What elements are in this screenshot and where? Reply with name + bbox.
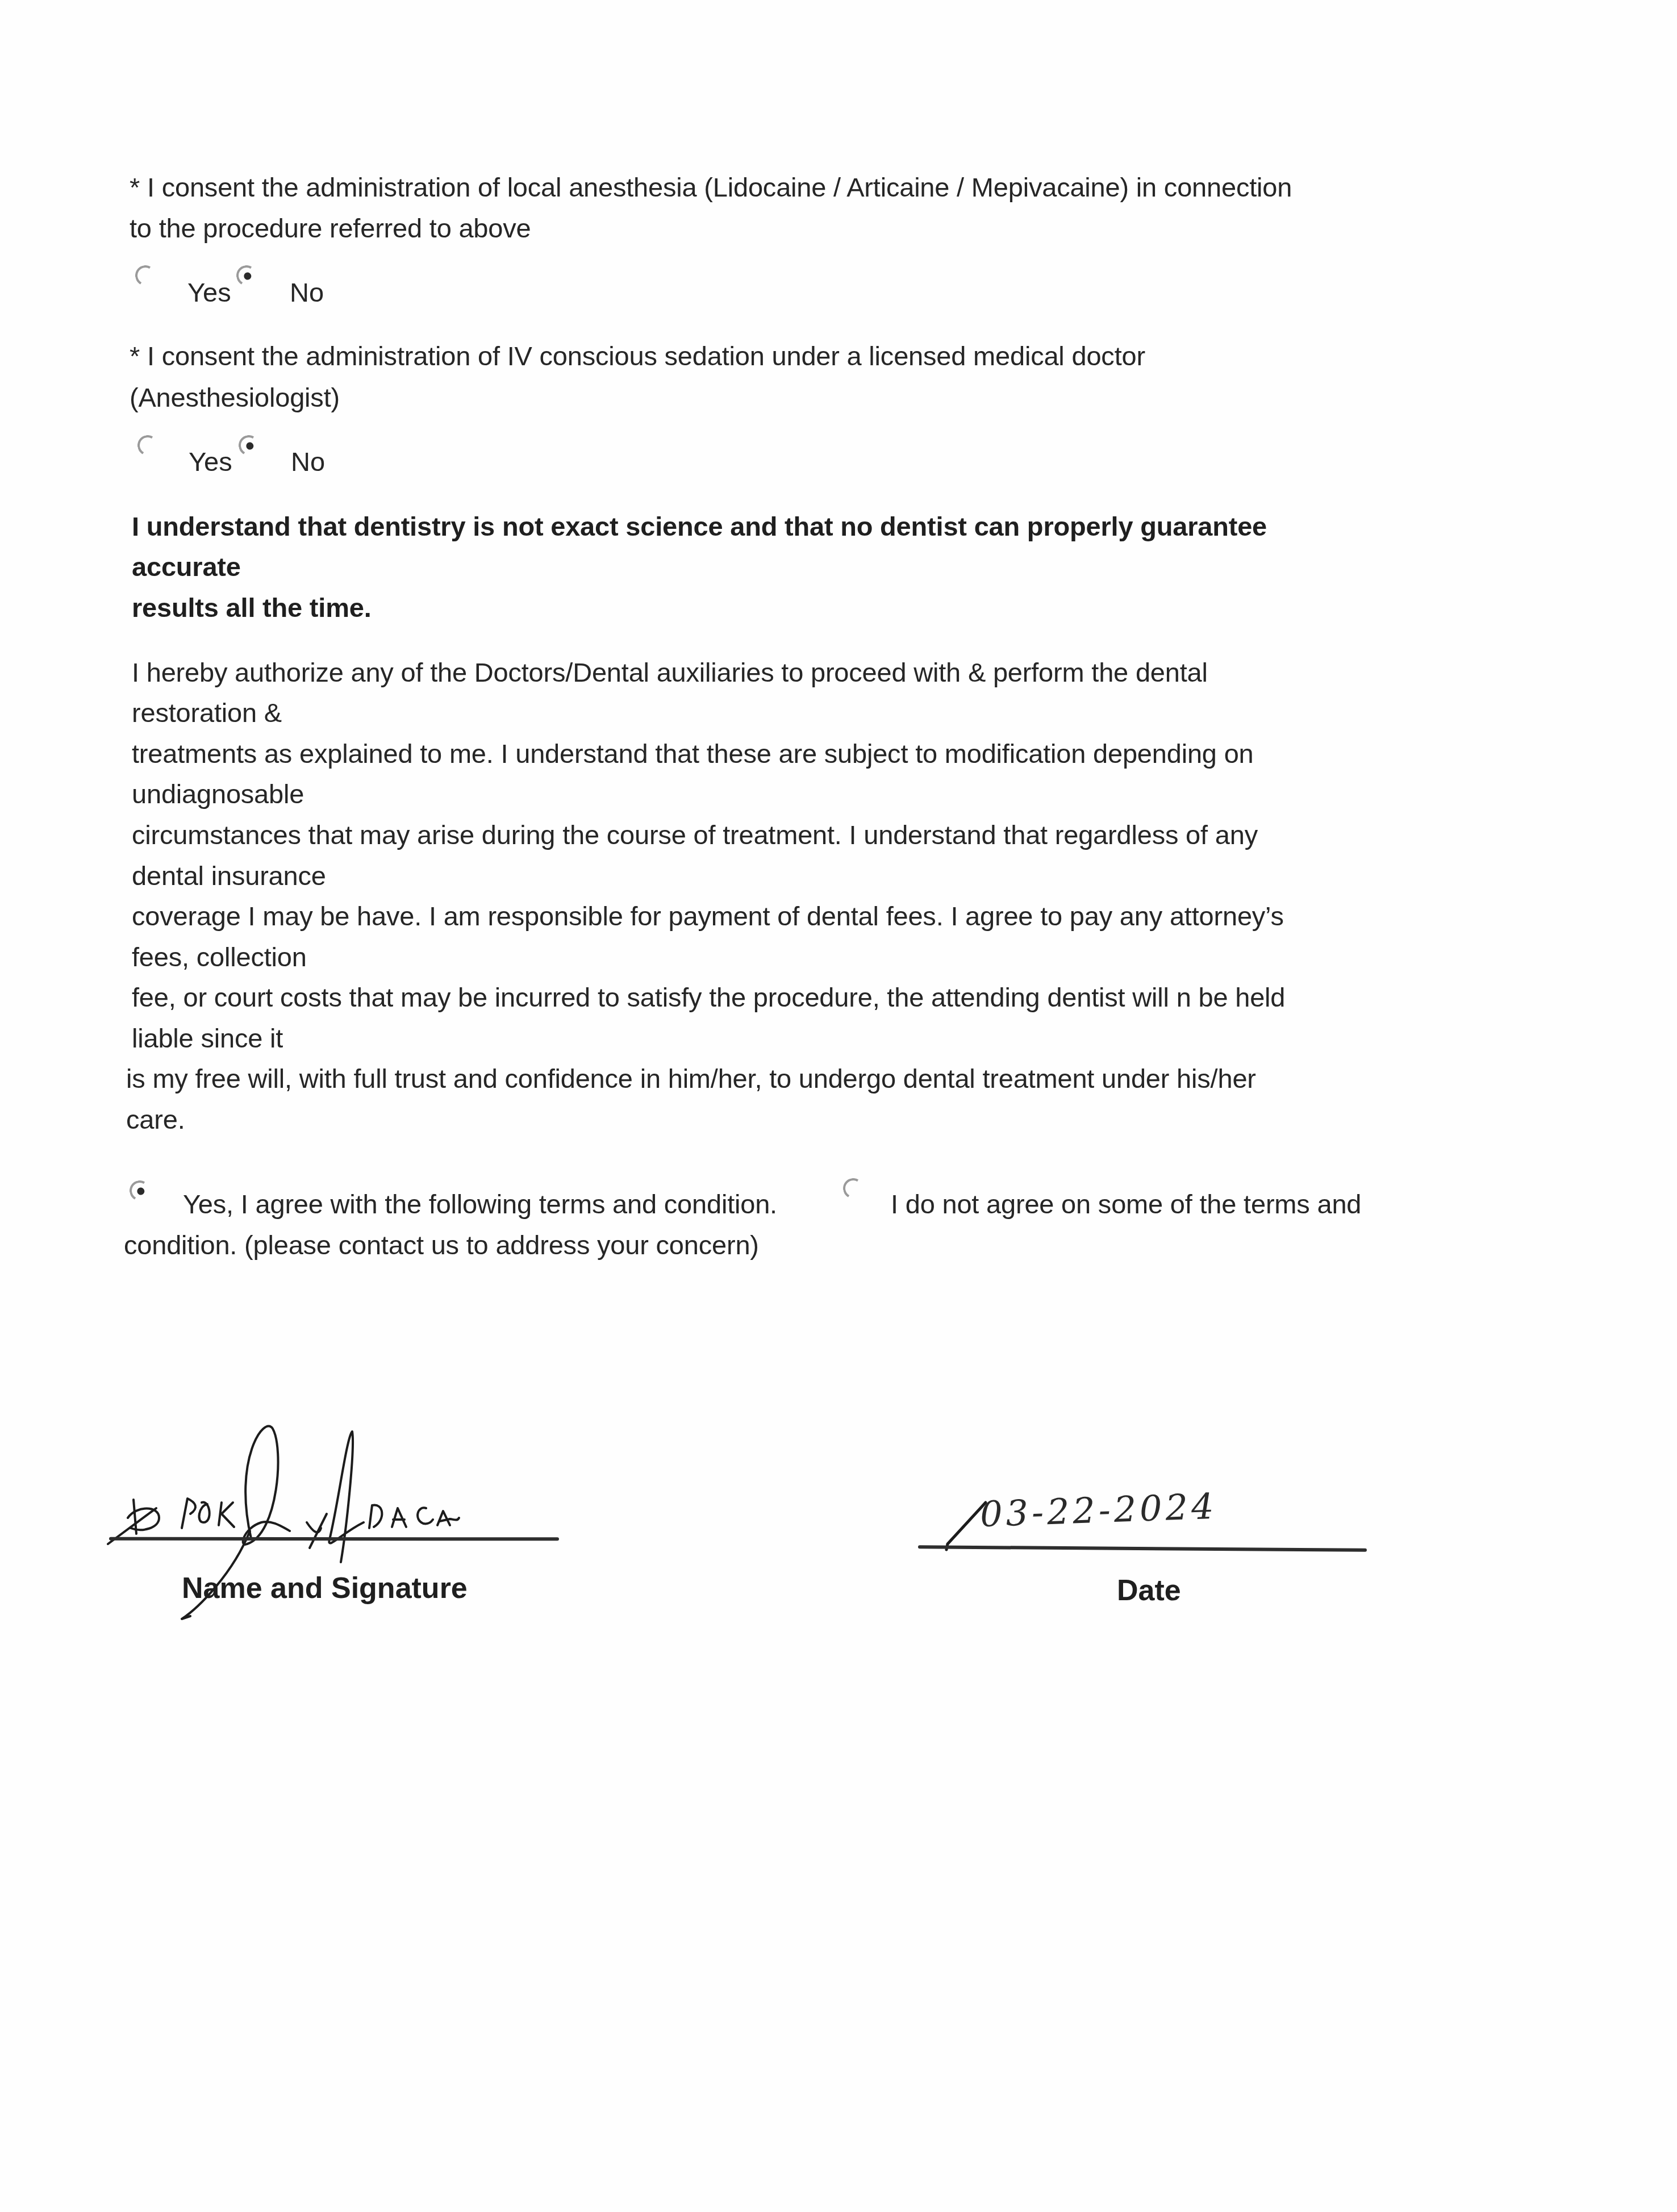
disagree-terms-label-line2[interactable]: condition. (please contact us to address… [124,1228,759,1262]
agree-terms-label[interactable]: Yes, I agree with the following terms an… [183,1187,777,1221]
authorization-line8: fees, collection [132,940,307,974]
consent-form-page: * I consent the administration of local … [0,0,1677,2212]
iv-sedation-question-line1: * I consent the administration of IV con… [130,339,1145,373]
authorization-line7: coverage I may be have. I am responsible… [132,899,1284,933]
authorization-line5: circumstances that may arise during the … [132,818,1258,852]
local-anesthesia-question-line1: * I consent the administration of local … [130,170,1292,204]
authorization-line4: undiagnosable [132,777,304,811]
disagree-terms-radio[interactable] [841,1176,866,1201]
disclaimer-line2: accurate [132,550,241,584]
disagree-terms-label-line1[interactable]: I do not agree on some of the terms and [891,1187,1361,1221]
authorization-line2: restoration & [132,696,282,730]
authorization-line12: care. [126,1103,185,1137]
iv-sedation-yes-label[interactable]: Yes [189,446,232,478]
local-anesthesia-no-label[interactable]: No [290,277,324,308]
agree-terms-radio[interactable] [127,1178,152,1203]
disclaimer-line1: I understand that dentistry is not exact… [132,510,1267,544]
iv-sedation-question-line2: (Anesthesiologist) [130,381,340,415]
local-anesthesia-question-line2: to the procedure referred to above [130,211,531,245]
authorization-line3: treatments as explained to me. I underst… [132,737,1254,771]
iv-sedation-no-radio[interactable] [236,433,261,458]
date-caption: Date [1117,1574,1181,1608]
authorization-line10: liable since it [132,1021,283,1055]
authorization-line9: fee, or court costs that may be incurred… [132,980,1285,1015]
signature-line [109,1537,559,1541]
iv-sedation-no-label[interactable]: No [291,446,325,478]
handwritten-date: 03-22-2024 [979,1485,1218,1535]
authorization-line6: dental insurance [132,859,326,893]
local-anesthesia-yes-radio[interactable] [133,263,158,288]
authorization-line11: is my free will, with full trust and con… [126,1062,1256,1096]
local-anesthesia-no-radio[interactable] [234,263,259,288]
signature-caption: Name and Signature [182,1571,468,1605]
local-anesthesia-yes-label[interactable]: Yes [187,277,231,308]
disclaimer-line3: results all the time. [132,591,372,625]
iv-sedation-yes-radio[interactable] [135,433,160,458]
authorization-line1: I hereby authorize any of the Doctors/De… [132,656,1208,690]
